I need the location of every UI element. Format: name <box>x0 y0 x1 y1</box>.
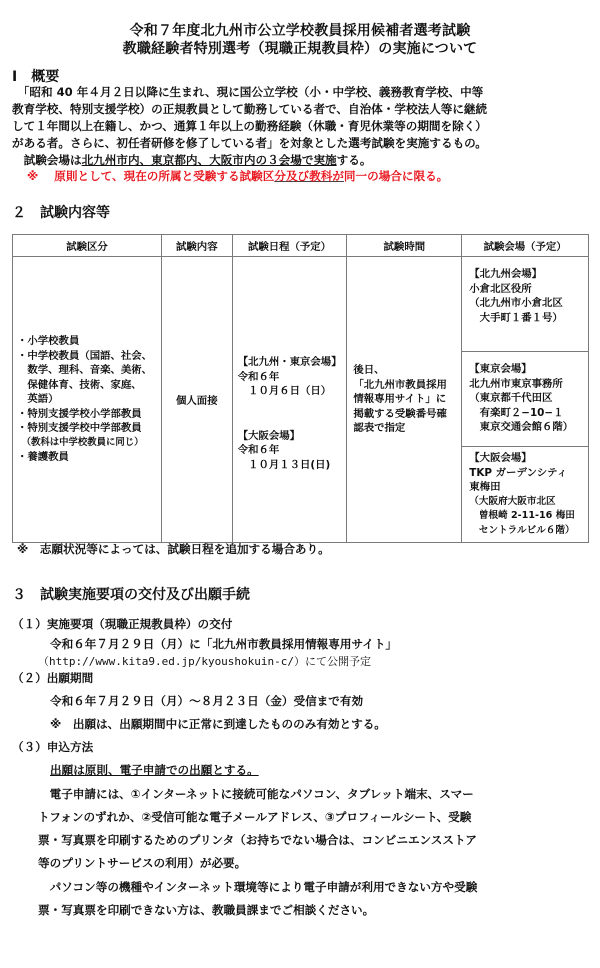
schedule-line: 【北九州・東京会場】 <box>238 355 347 370</box>
portal-url: （http://www.kita9.ed.jp/kyoushokuin-c/）に… <box>38 655 371 668</box>
section2-note: ※ 志願状況等によっては、試験日程を追加する場合あり。 <box>17 541 330 558</box>
sub3-para1-line4: 等のプリントサービスの利用）が必要。 <box>38 855 246 872</box>
time-line: 後日、 <box>353 363 461 378</box>
sub1-url-line: （http://www.kita9.ed.jp/kyoushokuin-c/）に… <box>38 653 371 670</box>
schedule-line: １０月６日（日） <box>238 384 347 399</box>
header-schedule: 試験日程（予定） <box>232 235 347 257</box>
category-item: ・養護教員 <box>17 450 161 465</box>
section1-line3: して１年間以上在籍し、かつ、通算１年以上の勤務経験（休職・育児休業等の期間を除く… <box>12 118 487 135</box>
sub3-para1-line1: 電子申請には、①インターネットに接続可能なパソコン、タブレット端末、スマー <box>38 786 474 803</box>
sub3-heading: （３）申込方法 <box>12 739 93 756</box>
venue-line: セントラルビル６階） <box>469 524 588 539</box>
venue-line: 【東京会場】 <box>469 362 588 377</box>
sub1-heading: （１）実施要項（現職正規教員枠）の交付 <box>12 616 232 633</box>
note-mark: ※ <box>27 169 38 183</box>
section1-line4: がある者。さらに、初任者研修を修了している者」を対象とした選考試験を実施するもの… <box>12 135 487 152</box>
venue-line: 【北九州会場】 <box>469 267 588 282</box>
category-item: 保健体育、技術、家庭、 <box>17 378 161 393</box>
document-title-line2: 教職経験者特別選考（現職正規教員枠）の実施について <box>0 38 600 58</box>
table-header-row: 試験区分 試験内容 試験日程（予定） 試験時間 試験会場（予定） <box>13 235 589 257</box>
note-part3: 同一の場合に限る。 <box>344 169 448 183</box>
sub3-para1-line3: 票・写真票を印刷するためのプリンタ（お持ちでない場合は、コンビニエンスストア <box>38 832 477 849</box>
category-list: ・小学校教員 ・中学校教員（国語、社会、 数学、理科、音楽、美術、 保健体育、技… <box>17 334 161 465</box>
venue-line: 大手町１番１号） <box>469 311 588 326</box>
document-title-line1: 令和７年度北九州市公立学校教員採用候補者選考試験 <box>0 20 600 40</box>
section1-heading: Ⅰ 概要 <box>12 66 59 86</box>
venue-line: 曽根崎 2-11-16 梅田 <box>469 509 588 524</box>
section2-heading: ２ 試験内容等 <box>12 202 110 222</box>
section1-venue-line: 試験会場は北九州市内、東京都内、大阪市内の３会場で実施する。 <box>12 152 371 169</box>
schedule-osaka: 【大阪会場】 令和６年 １０月１３日(日) <box>233 429 347 473</box>
venue-underlined: 北九州市内、東京都内、大阪市内の３会場で実施 <box>82 153 337 167</box>
venue-line: （大阪府大阪市北区 <box>469 495 588 510</box>
time-line: 認表で指定 <box>353 421 461 436</box>
schedule-line: 【大阪会場】 <box>238 429 347 444</box>
venue-tokyo: 【東京会場】 北九州市東京事務所 （東京都千代田区 有楽町２−10−１ 東京交通… <box>462 352 589 447</box>
schedule-line: 令和６年 <box>238 370 347 385</box>
venue-suffix: する。 <box>337 153 372 167</box>
sub3-para2-line1: パソコン等の機種やインターネット環境等により電子申請が利用できない方や受験 <box>38 879 477 896</box>
sub3-para1-line2: トフォンのずれか、②受信可能な電子メールアドレス、③プロフィールシート、受験 <box>38 809 471 826</box>
sub1-line1: 令和６年７月２９日（月）に「北九州市教員採用情報専用サイト」 <box>50 636 397 653</box>
header-venue: 試験会場（予定） <box>462 235 589 257</box>
header-time: 試験時間 <box>347 235 462 257</box>
header-category: 試験区分 <box>13 235 162 257</box>
time-cell: 後日、 「北九州市教員採用 情報専用サイト」に 掲載する受験番号確 認表で指定 <box>347 257 462 543</box>
section1-note: ※原則として、現在の所属と受験する試験区分及び教科が同一の場合に限る。 <box>27 168 448 185</box>
section1-line2: 教育学校、特別支援学校）の正規教員として勤務している者で、自治体・学校法人等に継… <box>12 101 487 118</box>
venue-line: 北九州市東京事務所 <box>469 377 588 392</box>
category-item: ・特別支援学校小学部教員 <box>17 407 161 422</box>
time-line: 掲載する受験番号確 <box>353 407 461 422</box>
venue-osaka: 【大阪会場】 TKP ガーデンシティ 東梅田 （大阪府大阪市北区 曽根崎 2-1… <box>462 447 589 543</box>
exam-table: 試験区分 試験内容 試験日程（予定） 試験時間 試験会場（予定） ・小学校教員 … <box>12 234 589 543</box>
category-item: ・特別支援学校中学部教員 <box>17 421 161 436</box>
sub3-para2-line2: 票・写真票を印刷できない方は、教職員課までご相談ください。 <box>38 902 374 919</box>
schedule-kitakyushu-tokyo: 【北九州・東京会場】 令和６年 １０月６日（日） <box>233 355 347 399</box>
note-part2: 分及び教科が <box>274 169 344 183</box>
schedule-cell: 【北九州・東京会場】 令和６年 １０月６日（日） 【大阪会場】 令和６年 １０月… <box>232 257 347 543</box>
time-line: 情報専用サイト」に <box>353 392 461 407</box>
venue-line: 【大阪会場】 <box>469 451 588 466</box>
venue-line: TKP ガーデンシティ <box>469 466 588 481</box>
category-cell: ・小学校教員 ・中学校教員（国語、社会、 数学、理科、音楽、美術、 保健体育、技… <box>13 257 162 543</box>
header-content: 試験内容 <box>161 235 232 257</box>
schedule-line: １０月１３日(日) <box>238 458 347 473</box>
content-cell: 個人面接 <box>161 257 232 543</box>
time-line: 「北九州市教員採用 <box>353 378 461 393</box>
venue-line: （北九州市小倉北区 <box>469 296 588 311</box>
category-item: 数学、理科、音楽、美術、 <box>17 363 161 378</box>
category-item: （教科は中学校教員に同じ） <box>17 436 161 451</box>
time-lines: 後日、 「北九州市教員採用 情報専用サイト」に 掲載する受験番号確 認表で指定 <box>353 363 461 436</box>
section1-line1: 「昭和 40 年４月２日以降に生まれ、現に国公立学校（小・中学校、義務教育学校、… <box>12 84 483 101</box>
section3-heading: ３ 試験実施要項の交付及び出願手続 <box>12 584 250 604</box>
sub2-note: ※ 出願は、出願期間中に正常に到達したもののみ有効とする。 <box>50 716 386 733</box>
venue-prefix: 試験会場は <box>12 153 82 167</box>
sub3-principle: 出願は原則、電子申請での出願とする。 <box>50 762 259 779</box>
category-item: ・小学校教員 <box>17 334 161 349</box>
venue-kitakyushu: 【北九州会場】 小倉北区役所 （北九州市小倉北区 大手町１番１号） <box>462 257 589 352</box>
venue-line: 東梅田 <box>469 480 588 495</box>
venue-line: 小倉北区役所 <box>469 282 588 297</box>
table-row: ・小学校教員 ・中学校教員（国語、社会、 数学、理科、音楽、美術、 保健体育、技… <box>13 257 589 352</box>
note-part1: 原則として、現在の所属と受験する試験区 <box>54 169 274 183</box>
venue-line: （東京都千代田区 <box>469 391 588 406</box>
category-item: ・中学校教員（国語、社会、 <box>17 349 161 364</box>
schedule-line: 令和６年 <box>238 443 347 458</box>
venue-line: 東京交通会館６階） <box>469 420 588 435</box>
category-item: 英語） <box>17 392 161 407</box>
venue-line: 有楽町２−10−１ <box>469 406 588 421</box>
sub2-period: 令和６年７月２９日（月）～８月２３日（金）受信まで有効 <box>50 693 363 710</box>
sub2-heading: （２）出願期間 <box>12 670 93 687</box>
